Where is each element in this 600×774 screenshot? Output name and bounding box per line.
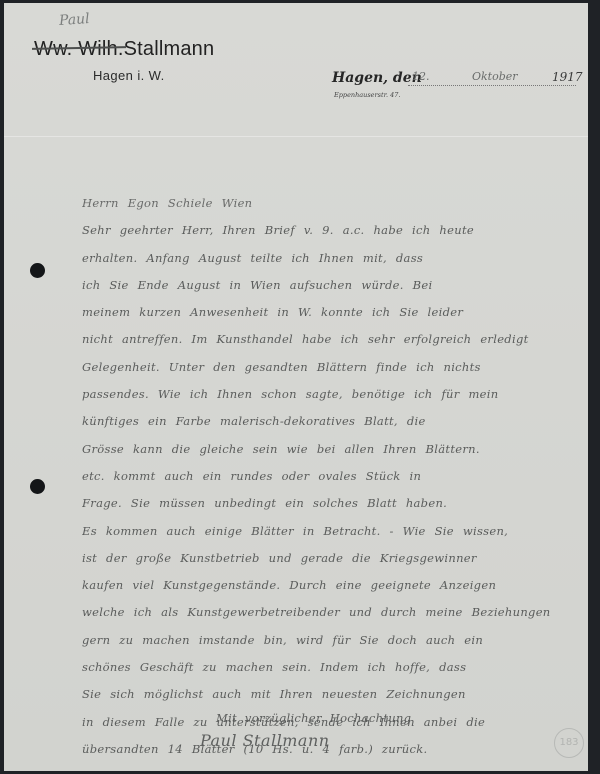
body-line: übersandten 14 Blätter (10 Hs. u. 4 farb…: [82, 742, 587, 769]
letterhead-annotation: Paul: [58, 11, 90, 29]
fold-line: [4, 136, 588, 137]
body-line: erhalten. Anfang August teilte ich Ihnen…: [82, 251, 587, 278]
body-line: Es kommen auch einige Blätter in Betrach…: [82, 524, 587, 551]
body-line: ist der große Kunstbetrieb und gerade di…: [82, 551, 587, 578]
letterhead-surname: Stallmann: [124, 38, 215, 60]
archive-stamp: 183: [554, 728, 584, 758]
body-line: Gelegenheit. Unter den gesandten Blätter…: [82, 360, 587, 387]
dateline-prefix: Hagen, den: [332, 70, 422, 86]
letterhead-city: Hagen i. W.: [93, 68, 165, 83]
body-line: nicht antreffen. Im Kunsthandel habe ich…: [82, 332, 587, 359]
body-line: welche ich als Kunstgewerbetreibender un…: [82, 605, 587, 632]
dateline-year: 1917: [552, 70, 583, 84]
body-line: gern zu machen imstande bin, wird für Si…: [82, 633, 587, 660]
letter-body: Herrn Egon Schiele Wien Sehr geehrter He…: [82, 196, 587, 769]
dateline-dotted-rule: [408, 85, 576, 86]
letterhead-name: Ww. Wilh.Stallmann: [34, 38, 214, 61]
body-line: ich Sie Ende August in Wien aufsuchen wü…: [82, 278, 587, 305]
body-line: kaufen viel Kunstgegenstände. Durch eine…: [82, 578, 587, 605]
body-line: Grösse kann die gleiche sein wie bei all…: [82, 442, 587, 469]
punch-hole-icon: [30, 479, 45, 494]
closing-phrase: Mit vorzüglicher Hochachtung: [216, 711, 411, 725]
salutation: Herrn Egon Schiele Wien: [82, 196, 587, 223]
punch-hole-icon: [30, 263, 45, 278]
letterhead-address: Eppenhauserstr. 47.: [334, 91, 400, 99]
body-line: künftiges ein Farbe malerisch-dekorative…: [82, 414, 587, 441]
dateline-day: 12.: [412, 70, 430, 83]
body-line: Frage. Sie müssen unbedingt ein solches …: [82, 496, 587, 523]
dateline-month: Oktober: [472, 70, 518, 83]
letterhead-name-struck: Ww. Wilh.: [34, 38, 124, 60]
dateline: Hagen, den 12. Oktober 1917: [332, 70, 586, 90]
signature: Paul Stallmann: [200, 731, 330, 750]
body-line: passendes. Wie ich Ihnen schon sagte, be…: [82, 387, 587, 414]
body-line: meinem kurzen Anwesenheit in W. konnte i…: [82, 305, 587, 332]
body-line: etc. kommt auch ein rundes oder ovales S…: [82, 469, 587, 496]
body-line: Sehr geehrter Herr, Ihren Brief v. 9. a.…: [82, 223, 587, 250]
scan-frame: Paul Ww. Wilh.Stallmann Hagen i. W. Hage…: [0, 0, 600, 774]
body-line: schönes Geschäft zu machen sein. Indem i…: [82, 660, 587, 687]
